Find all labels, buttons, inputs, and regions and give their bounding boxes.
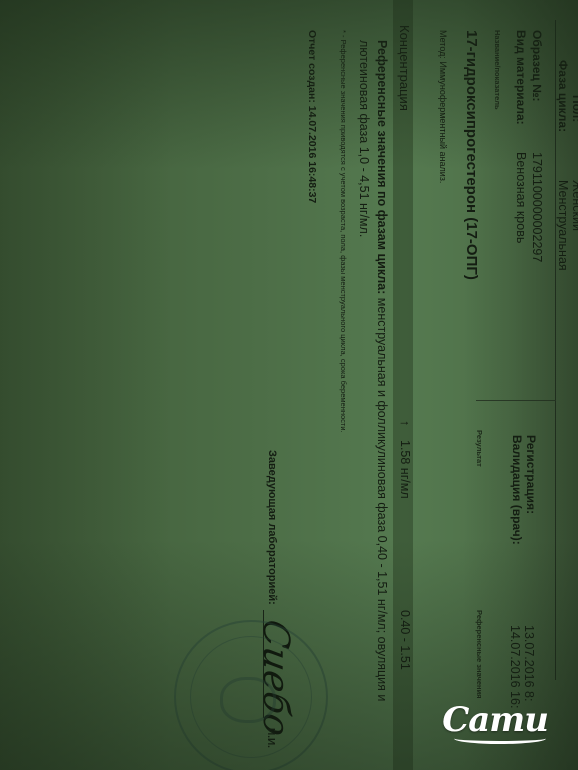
head-lab-label: Заведующая лабораторией: xyxy=(266,450,278,605)
reference-line-2: лютеиновая фаза 1,0 - 4,51 нг/мл. xyxy=(354,40,374,237)
column-header-name: Название/показатель xyxy=(493,30,502,110)
column-divider xyxy=(476,400,556,401)
validation-label: Валидация (врач): xyxy=(510,435,524,545)
lab-report-page: Пол: Женский Фаза цикла: Менструальная О… xyxy=(0,0,578,770)
camu-swoosh-icon xyxy=(454,733,546,744)
column-header-result: Результат xyxy=(475,430,484,467)
reference-heading: Референсные значения по фазам цикла: xyxy=(375,40,389,294)
sex-label: Пол: xyxy=(570,95,578,122)
result-value: 1.58 нг/мл xyxy=(398,440,412,499)
test-title: 17-гидроксипрогестерон (17-ОПГ) xyxy=(463,30,480,280)
footnote: * - Референсные значения приводятся с уч… xyxy=(339,30,348,433)
lab-stamp xyxy=(174,620,328,770)
report-created: Отчет создан: 14.07.2016 16:48:37 xyxy=(306,30,318,203)
reference-range: 0.40 - 1.51 xyxy=(398,610,412,670)
reference-line-1: менструальная и фолликулиновая фаза 0,40… xyxy=(375,298,389,702)
result-row: Концентрация ↑ 1.58 нг/мл 0.40 - 1.51 xyxy=(393,0,413,770)
column-header-reference: Референсные значения xyxy=(475,610,484,699)
method-value: Иммуноферментный анализ. xyxy=(438,61,448,183)
cycle-phase-label: Фаза цикла: xyxy=(556,60,570,132)
validation-value: 14.07.2016 16: xyxy=(508,625,522,708)
high-flag-icon: ↑ xyxy=(398,420,412,426)
material-label: Вид материала: xyxy=(514,30,528,125)
cycle-phase-value: Менструальная xyxy=(556,180,570,271)
sample-label: Образец №: xyxy=(530,30,544,101)
stamp-emblem-icon xyxy=(220,677,276,723)
registration-label: Регистрация: xyxy=(524,435,538,514)
reference-by-phase: Референсные значения по фазам цикла: мен… xyxy=(372,40,392,701)
registration-value: 13.07.2016 8: xyxy=(522,625,536,701)
sex-value: Женский xyxy=(570,180,578,231)
sample-value: 1791100000002297 xyxy=(530,152,544,262)
method-line: Метод: Иммуноферментный анализ. xyxy=(438,30,448,183)
header-divider xyxy=(555,20,556,680)
result-row-name: Концентрация xyxy=(397,25,412,111)
material-value: Венозная кровь xyxy=(514,152,528,243)
method-label: Метод: xyxy=(438,30,448,59)
